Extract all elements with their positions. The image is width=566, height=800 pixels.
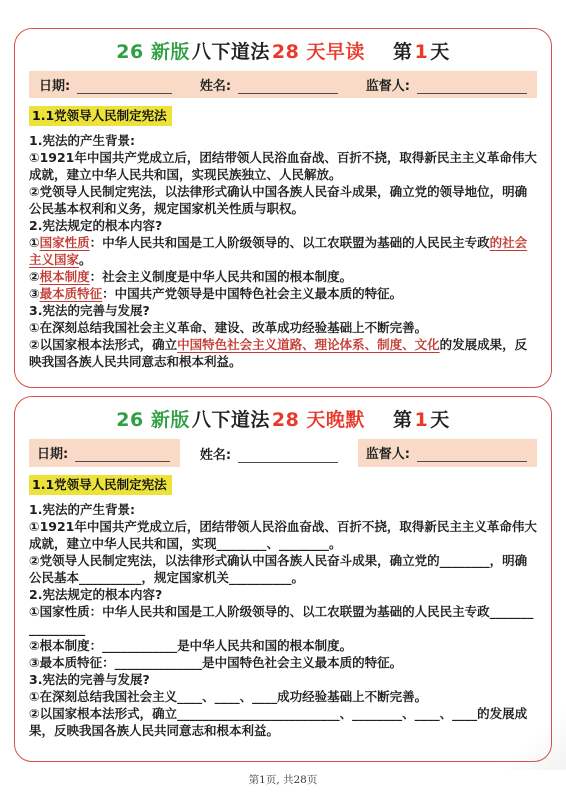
text-run: ①在深刻总结我国社会主义____、____、____成功经验基础上不断完善。 xyxy=(29,689,427,704)
name-label: 姓名: xyxy=(200,444,231,463)
text-run: ：中国共产党领导是中国特色社会主义最本质的特征。 xyxy=(102,286,402,301)
text-run: ：中华人民共和国是工人阶级领导的、以工农联盟为基础的人民民主专政 xyxy=(90,235,490,250)
keyword-red-underline: 国家性质 xyxy=(40,235,90,250)
title-run: 天 xyxy=(429,409,451,431)
date-label: 日期: xyxy=(39,75,70,94)
text-run: ②党领导人民制定宪法，以法律形式确认中国各族人民奋斗成果，确立党的领导地位，明确… xyxy=(29,184,527,216)
body-paragraph: 3.宪法的完善与发展? xyxy=(29,671,537,688)
body-paragraph: ③最本质特征：中国共产党领导是中国特色社会主义最本质的特征。 xyxy=(29,285,537,302)
text-run: 3.宪法的完善与发展? xyxy=(29,672,150,687)
supervisor-blank-line xyxy=(417,448,527,462)
title-run: 八下道法 xyxy=(191,41,271,63)
name-label: 姓名: xyxy=(200,75,231,94)
body-paragraph: 1.宪法的产生背景: xyxy=(29,132,537,149)
text-run: ②党领导人民制定宪法，以法律形式确认中国各族人民奋斗成果，确立党的_______… xyxy=(29,553,527,585)
body-paragraph: ③最本质特征：______________是中国特色社会主义最本质的特征。 xyxy=(29,654,537,671)
name-blank-line xyxy=(238,80,338,94)
text-run: ①国家性质：中华人民共和国是工人阶级领导的、以工农联盟为基础的人民民主专政___… xyxy=(29,604,533,636)
text-run: ②根本制度：____________是中华人民共和国的根本制度。 xyxy=(29,638,352,653)
date-field: 日期: xyxy=(29,439,180,467)
morning-fields-bar: 日期: 姓名: 监督人: xyxy=(29,71,537,98)
morning-title: 26 新版八下道法28 天早读第1天 xyxy=(29,37,537,64)
text-run: ① xyxy=(29,235,40,250)
body-paragraph: ②以国家根本法形式，确立__________________________、_… xyxy=(29,705,537,739)
title-run: 28 天晚默 xyxy=(271,409,366,431)
supervisor-label: 监督人: xyxy=(366,443,410,462)
title-run: 八下道法 xyxy=(191,409,271,431)
lesson-header-row: 1.1党领导人民制定宪法 xyxy=(29,474,537,493)
supervisor-label: 监督人: xyxy=(366,75,410,94)
text-run: 1.宪法的产生背景: xyxy=(29,133,135,148)
body-paragraph: 3.宪法的完善与发展? xyxy=(29,302,537,319)
body-paragraph: ②党领导人民制定宪法，以法律形式确认中国各族人民奋斗成果，确立党的领导地位，明确… xyxy=(29,183,537,217)
text-run: ②以国家根本法形式，确立__________________________、_… xyxy=(29,706,527,738)
lesson-title-highlight: 1.1党领导人民制定宪法 xyxy=(29,106,172,126)
text-run: ③最本质特征：______________是中国特色社会主义最本质的特征。 xyxy=(29,655,402,670)
body-paragraph: 1.宪法的产生背景: xyxy=(29,501,537,518)
name-blank-line xyxy=(238,449,338,463)
page-number: 第1页, 共28页 xyxy=(0,772,566,787)
name-field: 姓名: xyxy=(200,75,338,94)
text-run: ③ xyxy=(29,286,40,301)
date-blank-line xyxy=(75,448,170,462)
title-run: 28 天早读 xyxy=(271,41,366,63)
body-paragraph: ①国家性质：中华人民共和国是工人阶级领导的、以工农联盟为基础的人民民主专政的社会… xyxy=(29,234,537,268)
title-run: 第 xyxy=(392,409,414,431)
text-run: 2.宪法规定的根本内容? xyxy=(29,218,162,233)
text-run: ：社会主义制度是中华人民共和国的根本制度。 xyxy=(90,269,353,284)
body-paragraph: 2.宪法规定的根本内容? xyxy=(29,586,537,603)
keyword-red-underline: 根本制度 xyxy=(40,269,90,284)
text-run: ②以国家根本法形式，确立 xyxy=(29,337,177,352)
date-field: 日期: xyxy=(39,75,172,94)
evening-title: 26 新版八下道法28 天晚默第1天 xyxy=(29,405,537,432)
supervisor-blank-line xyxy=(417,80,527,94)
title-run: 天 xyxy=(429,41,451,63)
supervisor-field: 监督人: xyxy=(366,75,527,94)
body-paragraph: ①在深刻总结我国社会主义革命、建设、改革成功经验基础上不断完善。 xyxy=(29,319,537,336)
supervisor-field: 监督人: xyxy=(358,439,537,467)
body-paragraph: ①国家性质：中华人民共和国是工人阶级领导的、以工农联盟为基础的人民民主专政___… xyxy=(29,603,537,637)
body-paragraph: 2.宪法规定的根本内容? xyxy=(29,217,537,234)
lesson-header-row: 1.1党领导人民制定宪法 xyxy=(29,105,537,124)
body-paragraph: ②根本制度：社会主义制度是中华人民共和国的根本制度。 xyxy=(29,268,537,285)
keyword-red-underline: 中国特色社会主义道路、理论体系、制度、文化 xyxy=(177,337,440,352)
morning-body: 1.宪法的产生背景:①1921年中国共产党成立后，团结带领人民浴血奋战、百折不挠… xyxy=(29,132,537,370)
evening-body: 1.宪法的产生背景:①1921年中国共产党成立后，团结带领人民浴血奋战、百折不挠… xyxy=(29,501,537,739)
text-run: 3.宪法的完善与发展? xyxy=(29,303,150,318)
worksheet-page: 26 新版八下道法28 天早读第1天 日期: 姓名: 监督人: 1.1党领导人民… xyxy=(0,0,566,800)
evening-recitation-card: 26 新版八下道法28 天晚默第1天 日期: 姓名: 监督人: 1.1党领导人民… xyxy=(14,396,552,762)
name-field: 姓名: xyxy=(200,444,338,463)
keyword-red-underline: 最本质特征 xyxy=(40,286,103,301)
date-label: 日期: xyxy=(37,443,68,462)
text-run: 1.宪法的产生背景: xyxy=(29,502,135,517)
date-blank-line xyxy=(77,80,172,94)
lesson-title-highlight: 1.1党领导人民制定宪法 xyxy=(29,475,172,495)
text-run: 。 xyxy=(79,252,92,267)
body-paragraph: ②以国家根本法形式，确立中国特色社会主义道路、理论体系、制度、文化的发展成果，反… xyxy=(29,336,537,370)
text-run: 2.宪法规定的根本内容? xyxy=(29,587,162,602)
title-run: 1 xyxy=(413,409,429,431)
text-run: ①在深刻总结我国社会主义革命、建设、改革成功经验基础上不断完善。 xyxy=(29,320,427,335)
body-paragraph: ①1921年中国共产党成立后，团结带领人民浴血奋战、百折不挠，取得新民主主义革命… xyxy=(29,149,537,183)
body-paragraph: ①在深刻总结我国社会主义____、____、____成功经验基础上不断完善。 xyxy=(29,688,537,705)
body-paragraph: ①1921年中国共产党成立后，团结带领人民浴血奋战、百折不挠，取得新民主主义革命… xyxy=(29,518,537,552)
morning-reading-card: 26 新版八下道法28 天早读第1天 日期: 姓名: 监督人: 1.1党领导人民… xyxy=(14,28,552,388)
text-run: ①1921年中国共产党成立后，团结带领人民浴血奋战、百折不挠，取得新民主主义革命… xyxy=(29,519,537,551)
title-run: 26 新版 xyxy=(115,409,191,431)
body-paragraph: ②根本制度：____________是中华人民共和国的根本制度。 xyxy=(29,637,537,654)
body-paragraph: ②党领导人民制定宪法，以法律形式确认中国各族人民奋斗成果，确立党的_______… xyxy=(29,552,537,586)
text-run: ①1921年中国共产党成立后，团结带领人民浴血奋战、百折不挠，取得新民主主义革命… xyxy=(29,150,537,182)
title-run: 26 新版 xyxy=(115,41,191,63)
evening-fields-row: 日期: 姓名: 监督人: xyxy=(29,439,537,467)
title-run: 1 xyxy=(413,41,429,63)
text-run: ② xyxy=(29,269,40,284)
title-run: 第 xyxy=(392,41,414,63)
